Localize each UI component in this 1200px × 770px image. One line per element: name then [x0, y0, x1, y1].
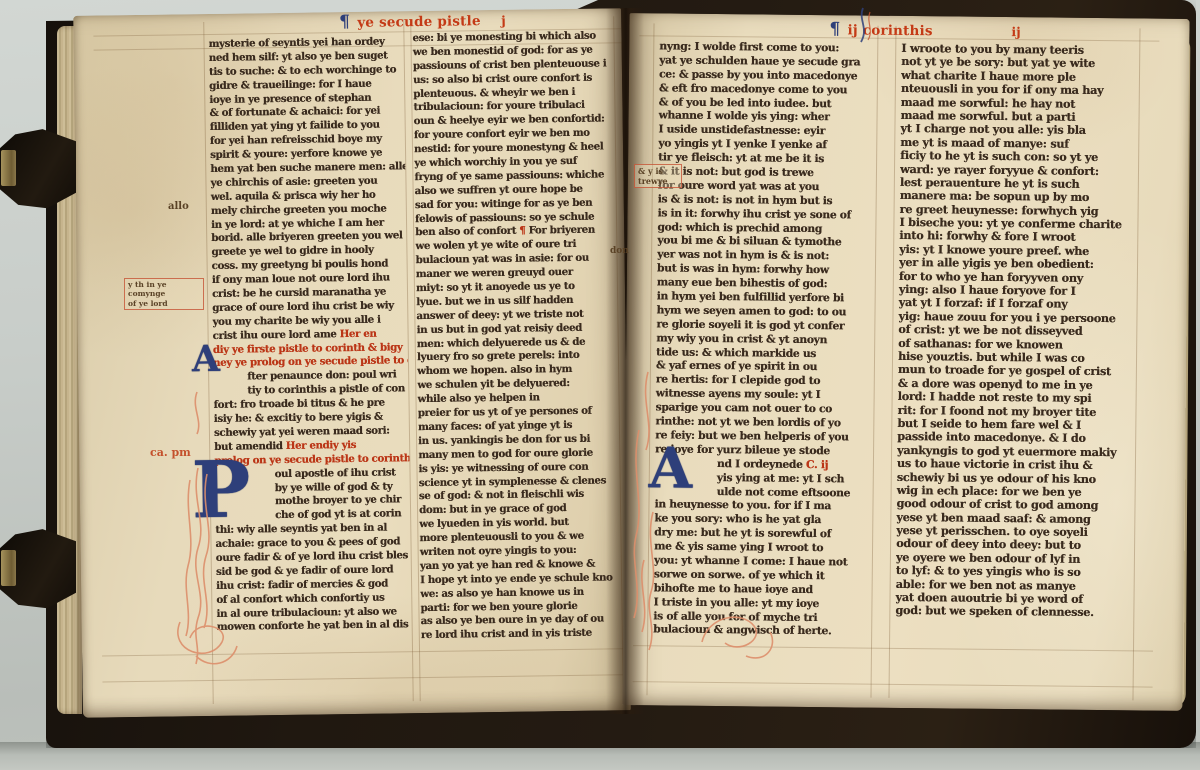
text-run: ying: also I haue foryove for I [899, 283, 1076, 298]
text-run: in al oure tribulacioun: yt also we [216, 605, 396, 620]
text-run: of crist: yt we be not disseyved [898, 323, 1082, 338]
text-run: ke you sory: who is he yat gla [654, 512, 821, 527]
text-run: ye which worchiy in you ye suf [414, 155, 577, 169]
text-run: nestid: for youre monestyng & heel [414, 141, 603, 156]
text-run: se of god: & not in fleischli wis [419, 488, 584, 502]
text-run: also we suffren yt oure hope be [415, 183, 583, 197]
text-run: I wroote to you by many teeris [901, 42, 1084, 57]
text-run: crist ihu oure lord ame [213, 328, 340, 342]
text-column-right-2: I wroote to you by many teerisnot yt ye … [895, 42, 1135, 624]
text-run: is yis: ye witnessing of oure con [418, 460, 588, 474]
text-run: greete ye wel to gidre in hooly [211, 244, 373, 258]
text-run: of sathanas: for we knowen [898, 337, 1063, 352]
book-clasp-bottom [0, 524, 76, 610]
text-column-right-1: nyng: I wolde first come to you:yat ye s… [653, 39, 873, 641]
text-run: if ony man loue not oure lord ihu [212, 272, 390, 286]
text-run: me yt is maad of manye: suf [900, 136, 1069, 151]
text-run: for to who ye han foryyven ony [899, 270, 1083, 285]
manuscript-page-left: ¶ye secude pistle j mysterie of seyntis … [73, 8, 631, 718]
book-clasp-top [0, 124, 76, 210]
initial-p-epistle: P [191, 459, 251, 522]
ruling-line [633, 645, 1153, 651]
text-run: many faces: of yat yinge yt is [418, 419, 572, 433]
clasp-brass-fitting [1, 150, 16, 186]
text-run: in us but in god yat reisiy deed [416, 321, 581, 335]
manuscript-page-right: ¶ij corinthis ij nyng: I wolde first com… [622, 13, 1189, 711]
text-run: oun & heelye eyir we ben confortid: [414, 113, 605, 128]
text-run: sad for you: witinge for as ye ben [415, 196, 592, 210]
text-run: fter penaunce don: poul wri [247, 369, 396, 383]
text-run: For briyeren [528, 224, 594, 237]
text-run: rinthe: not yt we ben lordis of yo [655, 414, 840, 429]
chapter-mark: ca. pm [150, 446, 191, 459]
manuscript-text-line: schewiy yat yei weren maad sori: [214, 424, 409, 441]
clasp-brass-fitting [1, 550, 16, 586]
text-run: tis to suche: & to ech worchinge to [209, 63, 396, 78]
manuscript-text-line: tis to suche: & to ech worchinge to [209, 63, 404, 80]
margin-note-line: & y is [638, 166, 678, 176]
text-run: yan yo yat ye han red & knowe & [420, 557, 595, 571]
text-run: tide us: & which markide us [656, 345, 816, 360]
text-run: I triste in you alle: yt my ioye [653, 595, 819, 610]
text-run: by ye wille of god & ty [275, 480, 393, 494]
text-run: felowis of passiouns: so ye schule [415, 210, 594, 224]
text-run: bulacioun & angwisch of herte. [653, 623, 831, 638]
text-run: writen not oyre yingis to you: [420, 544, 577, 558]
text-run: passiouns of crist ben plenteuouse i [413, 57, 607, 72]
text-run: mothe broyer to ye chir [275, 494, 401, 508]
manuscript-text-line: us: so also bi crist oure confort is [413, 71, 613, 88]
text-run: in hym yei ben fulfillid yerfore bi [657, 289, 844, 304]
text-run: re lord ihu crist and in yis triste [421, 627, 592, 641]
text-run: whom we hopen. also in hym [417, 363, 572, 377]
text-run: borid. alle briyeren greeten you wel [211, 230, 402, 245]
text-run: nd I ordeynede [717, 457, 806, 471]
text-run: yer was not in hym is & is not: [657, 248, 829, 263]
manuscript-text-line: bulacioun & angwisch of herte. [653, 623, 867, 639]
text-run: & of fortunate & achaici: for yei [209, 105, 380, 119]
text-run: grace of oure lord ihu crist be wiy [212, 299, 394, 314]
manuscript-text-line: mowen conforte he yat ben in al dis [217, 619, 412, 636]
manuscript-text-line: ye chirchis of asie: greeten you [210, 174, 405, 191]
manuscript-text-line: nestid: for youre monestyng & heel [414, 140, 614, 157]
text-run: is of alle you for of myche tri [653, 609, 817, 624]
text-run: tir ye fleisch: yt at me be it is [658, 151, 824, 166]
text-run: fryng of ye same passiouns: whiche [414, 168, 604, 183]
margin-note-allo: allo [168, 201, 189, 212]
text-run: dry me: but he yt is sorewful of [654, 526, 831, 541]
text-run: spirit & youre: yerfore knowe ye [210, 147, 382, 161]
folio-number: j [501, 13, 506, 28]
text-run: we ben monestid of god: for as ye [413, 44, 593, 59]
text-run: fort: fro troade bi titus & he pre [213, 397, 384, 411]
folio-number: ij [1011, 24, 1020, 39]
manuscript-text-line: god: but we speken of clennesse. [895, 604, 1129, 620]
header-title: ij corinthis [847, 22, 932, 39]
text-run: isiy he: & excitiy to bere yigis & [214, 411, 383, 425]
text-run: tiy to corinthis a pistle of con [247, 383, 405, 397]
text-run: hym we seyen amen to god: to ou [656, 303, 846, 318]
margin-note-line: y th in ye comynge [128, 280, 200, 299]
text-run: ce: & passe by you into macedonye [659, 67, 857, 82]
text-run: many eue ben bihestis of god: [657, 276, 828, 291]
margin-note-boxed-left: y th in ye comynge of ye lord [124, 278, 204, 310]
text-run: yis ying at me: yt I sch [717, 471, 844, 485]
manuscript-text-line: you my charite be wiy you alle i [212, 313, 407, 330]
text-run: achaie: grace to you & pees of god [215, 535, 400, 550]
text-run: ben also of confort [415, 225, 519, 238]
margin-note-line: of ye lord [128, 299, 200, 308]
text-run: re glorie soyeli it is god yt confer [656, 317, 844, 332]
manuscript-text-line: preier for us yt of ye persones of [418, 404, 618, 421]
text-run: we schulen yit be delyuered: [417, 377, 569, 391]
ruling-line [102, 674, 630, 682]
text-run: & yaf ernes of ye spirit in ou [656, 359, 817, 374]
text-run: & eft fro macedonye come to you [659, 81, 847, 96]
text-run: ese: bi ye monesting bi which also [412, 30, 595, 45]
text-run: ye chirchis of asie: greeten you [210, 175, 377, 189]
text-run: lyuery fro so grete perels: into [417, 349, 579, 363]
text-run: maad me sorwful: he hay not [901, 95, 1075, 110]
text-run: as also ye ben oure in ye day of ou [421, 613, 604, 628]
text-run: lyue. but we in us silf hadden [416, 294, 573, 308]
text-run: hem yat ben suche manere men: alle [210, 160, 405, 175]
text-run: bulacioun yat was in asie: for ou [415, 252, 588, 266]
text-run: many men to god for oure glorie [418, 446, 593, 460]
ruling-line [633, 681, 1153, 687]
text-run: I hope yt into ye ende ye schule kno [420, 571, 613, 586]
manuscript-text-line: fryng of ye same passiouns: whiche [414, 168, 614, 185]
text-run: oul apostle of ihu crist [274, 466, 395, 480]
text-run: miyt: so yt it anoyede us ye to [416, 280, 575, 294]
text-run: able: for we ben not as manye [896, 578, 1076, 593]
manuscript-text-line: bulacioun yat was in asie: for ou [415, 252, 615, 269]
margin-note-boxed-right: & y is trewye [634, 164, 682, 188]
text-run: in ye lord: at ye whiche I am her [211, 216, 384, 230]
text-run: preier for us yt of ye persones of [418, 405, 592, 419]
text-run: maner we weren greuyd ouer [416, 266, 573, 280]
text-column-left-2: ese: bi ye monesting bi which alsowe ben… [412, 29, 621, 646]
text-run: my wiy you in crist & yt anoyn [656, 331, 827, 346]
manuscript-text-line: I hope yt into ye ende ye schule kno [420, 571, 620, 588]
text-run: for yei han refreisschid boye my [210, 133, 382, 147]
text-run: mely chirche greeten you moche [211, 202, 387, 216]
photo-scene: ¶ye secude pistle j mysterie of seyntis … [0, 0, 1200, 770]
text-run: witnesse ayens my soule: yt I [656, 387, 821, 402]
text-column-left-1: mysterie of seyntis yei han ordeyned hem… [208, 35, 411, 638]
gutter-shadow [606, 8, 644, 714]
initial-a-chapter2: A [649, 445, 693, 491]
text-run: mowen conforte he yat ben in al dis [217, 619, 409, 634]
text-run: crist: be he cursid maranatha ye [212, 286, 386, 300]
text-run: while also ye helpen in [417, 392, 539, 406]
text-run: maad me sorwful. but a parti [901, 109, 1076, 124]
text-run: is in it: forwhy ihu crist ye sone of [657, 206, 850, 221]
text-run: parti: for we ben youre glorie [420, 599, 577, 613]
text-run: ioye in ye presence of stephan [209, 91, 371, 105]
text-run: ye oyere we ben odour of lyf in [896, 551, 1080, 566]
margin-note-don: don [610, 246, 629, 256]
text-run: Her endiy yis [286, 439, 357, 452]
text-run: Her en [339, 327, 376, 340]
text-run: ney ye prolog on ye secude pistle to cor [213, 355, 408, 370]
text-run: god: but we speken of clennesse. [895, 604, 1093, 619]
text-run: we: as also ye han knowe us in [420, 585, 584, 599]
text-run: what charite I haue more ple [901, 69, 1076, 84]
text-run: of al confort which confortiy us [216, 591, 384, 605]
running-header-left: ¶ye secude pistle [339, 10, 481, 32]
manuscript-text-line: re lord ihu crist and in yis triste [421, 627, 621, 644]
text-run: sorwe on sorwe. of ye which it [654, 567, 825, 582]
text-run: ihu crist: fadir of mercies & god [216, 577, 388, 591]
text-run: but is was in hym: forwhy how [657, 262, 829, 277]
text-run: more plenteuousli to you & we [419, 530, 583, 544]
text-run: you bi me & bi siluan & tymothe [657, 234, 841, 249]
text-run: wel. aquila & prisca wiy her ho [211, 188, 376, 202]
header-title: ye secude pistle [357, 13, 481, 31]
text-run: is & is not: is not in hym but is [658, 192, 833, 207]
text-run: bihofte me to haue ioye and [654, 581, 813, 596]
text-run: me & yis same ying I wroot to [654, 539, 823, 554]
text-run: us: so also bi crist oure confort is [413, 71, 592, 85]
text-run: lest perauenture he yt is such [900, 176, 1080, 191]
text-run: we wolen yt ye wite of oure tri [415, 238, 576, 252]
text-run: coss. my greetyng bi poulis hond [212, 258, 389, 272]
text-run: I uside unstidefastnesse: eyir [658, 123, 825, 138]
text-run: C. ij [806, 458, 828, 471]
paraph-icon: ¶ [829, 19, 840, 39]
text-run: yat yt I forzaf: if I forzaf ony [899, 296, 1068, 311]
text-run: science yt in symplenesse & clenes [419, 474, 606, 489]
text-run: plenteuous. & wheyir we ben i [413, 85, 575, 99]
text-run: sparige you cam not ouer to co [655, 401, 832, 416]
text-run: god: which is prechid among [657, 220, 822, 235]
margin-note-line: trewye [638, 176, 678, 186]
text-run: re hertis: for I clepide god to [656, 373, 820, 388]
text-run: yo yingis yt I yenke I yenke af [658, 137, 826, 152]
text-run: dom: but in ye grace of god [419, 502, 566, 516]
text-run: che of god yt is at corin [275, 508, 401, 522]
text-run: mysterie of seyntis yei han ordey [208, 36, 384, 50]
text-run: filliden yat ying yt failide to you [210, 119, 380, 133]
paraph-icon: ¶ [339, 12, 350, 32]
text-run: for youre confort eyir we ben mo [414, 127, 590, 141]
text-run: whanne I wolde yis ying: wher [659, 109, 830, 124]
text-run: sid be god & ye fadir of oure lord [216, 563, 393, 577]
text-run: you: yt whanne I come: I haue not [654, 553, 848, 568]
running-header-right: ¶ij corinthis [829, 19, 932, 40]
text-run: in us. yankingis be don for us bi [418, 433, 590, 447]
text-run: into hi: forwhy & fore I wroot [899, 229, 1075, 244]
text-run: yat ye schulden haue ye secude gra [659, 53, 860, 68]
ruling-line [102, 648, 630, 656]
text-run: diy ye firste pistle to corinth & bigy [213, 341, 403, 356]
text-run: nyng: I wolde first come to you: [659, 39, 839, 54]
text-run: ned hem silf: yt also ye ben suget [209, 49, 388, 63]
text-run: you my charite be wiy you alle i [212, 313, 380, 327]
initial-a-prologue: A [192, 344, 220, 374]
text-run: schewiy yat yei weren maad sori: [214, 424, 390, 438]
text-run: oure fadir & of ye lord ihu crist bles [216, 549, 408, 564]
text-run: tribulacioun: for youre tribulaci [413, 99, 584, 113]
text-run: gidre & traueilinge: for I haue [209, 77, 371, 91]
text-run: men: which delyuerede us & de [417, 335, 586, 349]
text-run: answer of deey: yt we triste not [416, 308, 583, 322]
text-run: ulde not come eftsoone [717, 485, 851, 499]
text-run: & of you be led into iudee. but [659, 95, 832, 110]
text-run: we lyueden in yis world. but [419, 516, 569, 530]
